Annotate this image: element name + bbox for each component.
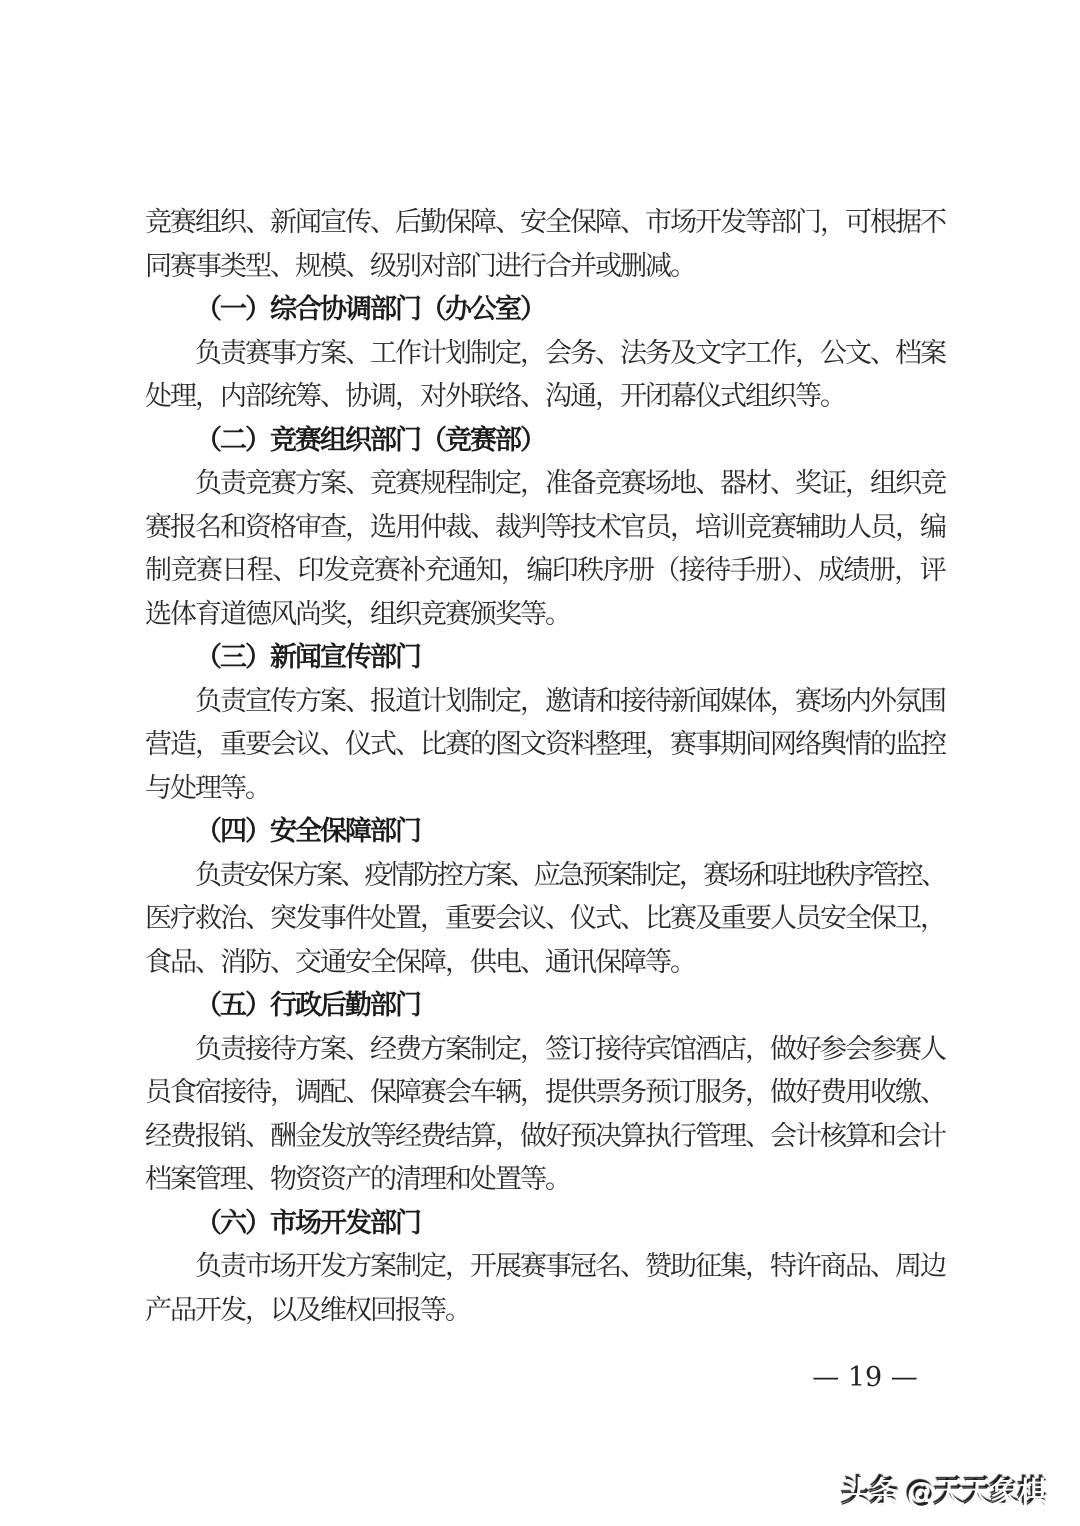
text-line: 负责宣传方案、报道计划制定，邀请和接待新闻媒体，赛场内外氛围: [145, 680, 945, 724]
document-page: 竞赛组织、新闻宣传、后勤保障、安全保障、市场开发等部门，可根据不同赛事类型、规模…: [0, 0, 1080, 1526]
text-line: 负责赛事方案、工作计划制定，会务、法务及文字工作，公文、档案: [145, 332, 945, 376]
text-line: 医疗救治、突发事件处置，重要会议、仪式、比赛及重要人员安全保卫，: [145, 897, 945, 941]
text-line: 竞赛组织、新闻宣传、后勤保障、安全保障、市场开发等部门，可根据不: [145, 201, 945, 245]
text-line: 制竞赛日程、印发竞赛补充通知，编印秩序册（接待手册）、成绩册，评: [145, 549, 945, 593]
page-number: — 19 —: [800, 1362, 930, 1393]
text-line: 赛报名和资格审查，选用仲裁、裁判等技术官员，培训竞赛辅助人员，编: [145, 506, 945, 550]
text-line: 产品开发，以及维权回报等。: [145, 1289, 945, 1333]
text-line: 负责市场开发方案制定，开展赛事冠名、赞助征集，特许商品、周边: [145, 1245, 945, 1289]
text-line: 同赛事类型、规模、级别对部门进行合并或删减。: [145, 245, 945, 289]
section-heading: （二）竞赛组织部门（竞赛部）: [145, 419, 945, 463]
text-line: 负责竞赛方案、竞赛规程制定，准备竞赛场地、器材、奖证，组织竞: [145, 462, 945, 506]
text-line: 处理，内部统筹、协调，对外联络、沟通，开闭幕仪式组织等。: [145, 375, 945, 419]
text-line: 员食宿接待，调配、保障赛会车辆，提供票务预订服务，做好费用收缴、: [145, 1071, 945, 1115]
section-heading: （一）综合协调部门（办公室）: [145, 288, 945, 332]
text-line: 档案管理、物资资产的清理和处置等。: [145, 1158, 945, 1202]
toutiao-watermark: 头条 @天天象棋: [842, 1468, 1046, 1512]
text-line: 选体育道德风尚奖，组织竞赛颁奖等。: [145, 593, 945, 637]
text-line: 营造，重要会议、仪式、比赛的图文资料整理，赛事期间网络舆情的监控: [145, 723, 945, 767]
text-line: 负责安保方案、疫情防控方案、应急预案制定，赛场和驻地秩序管控、: [145, 854, 945, 898]
section-heading: （六）市场开发部门: [145, 1202, 945, 1246]
text-line: 食品、消防、交通安全保障，供电、通讯保障等。: [145, 941, 945, 985]
text-line: 负责接待方案、经费方案制定，签订接待宾馆酒店，做好参会参赛人: [145, 1028, 945, 1072]
section-heading: （三）新闻宣传部门: [145, 636, 945, 680]
text-line: 经费报销、酬金发放等经费结算，做好预决算执行管理、会计核算和会计: [145, 1115, 945, 1159]
text-line: 与处理等。: [145, 767, 945, 811]
section-heading: （五）行政后勤部门: [145, 984, 945, 1028]
section-heading: （四）安全保障部门: [145, 810, 945, 854]
document-body: 竞赛组织、新闻宣传、后勤保障、安全保障、市场开发等部门，可根据不同赛事类型、规模…: [145, 201, 945, 1332]
